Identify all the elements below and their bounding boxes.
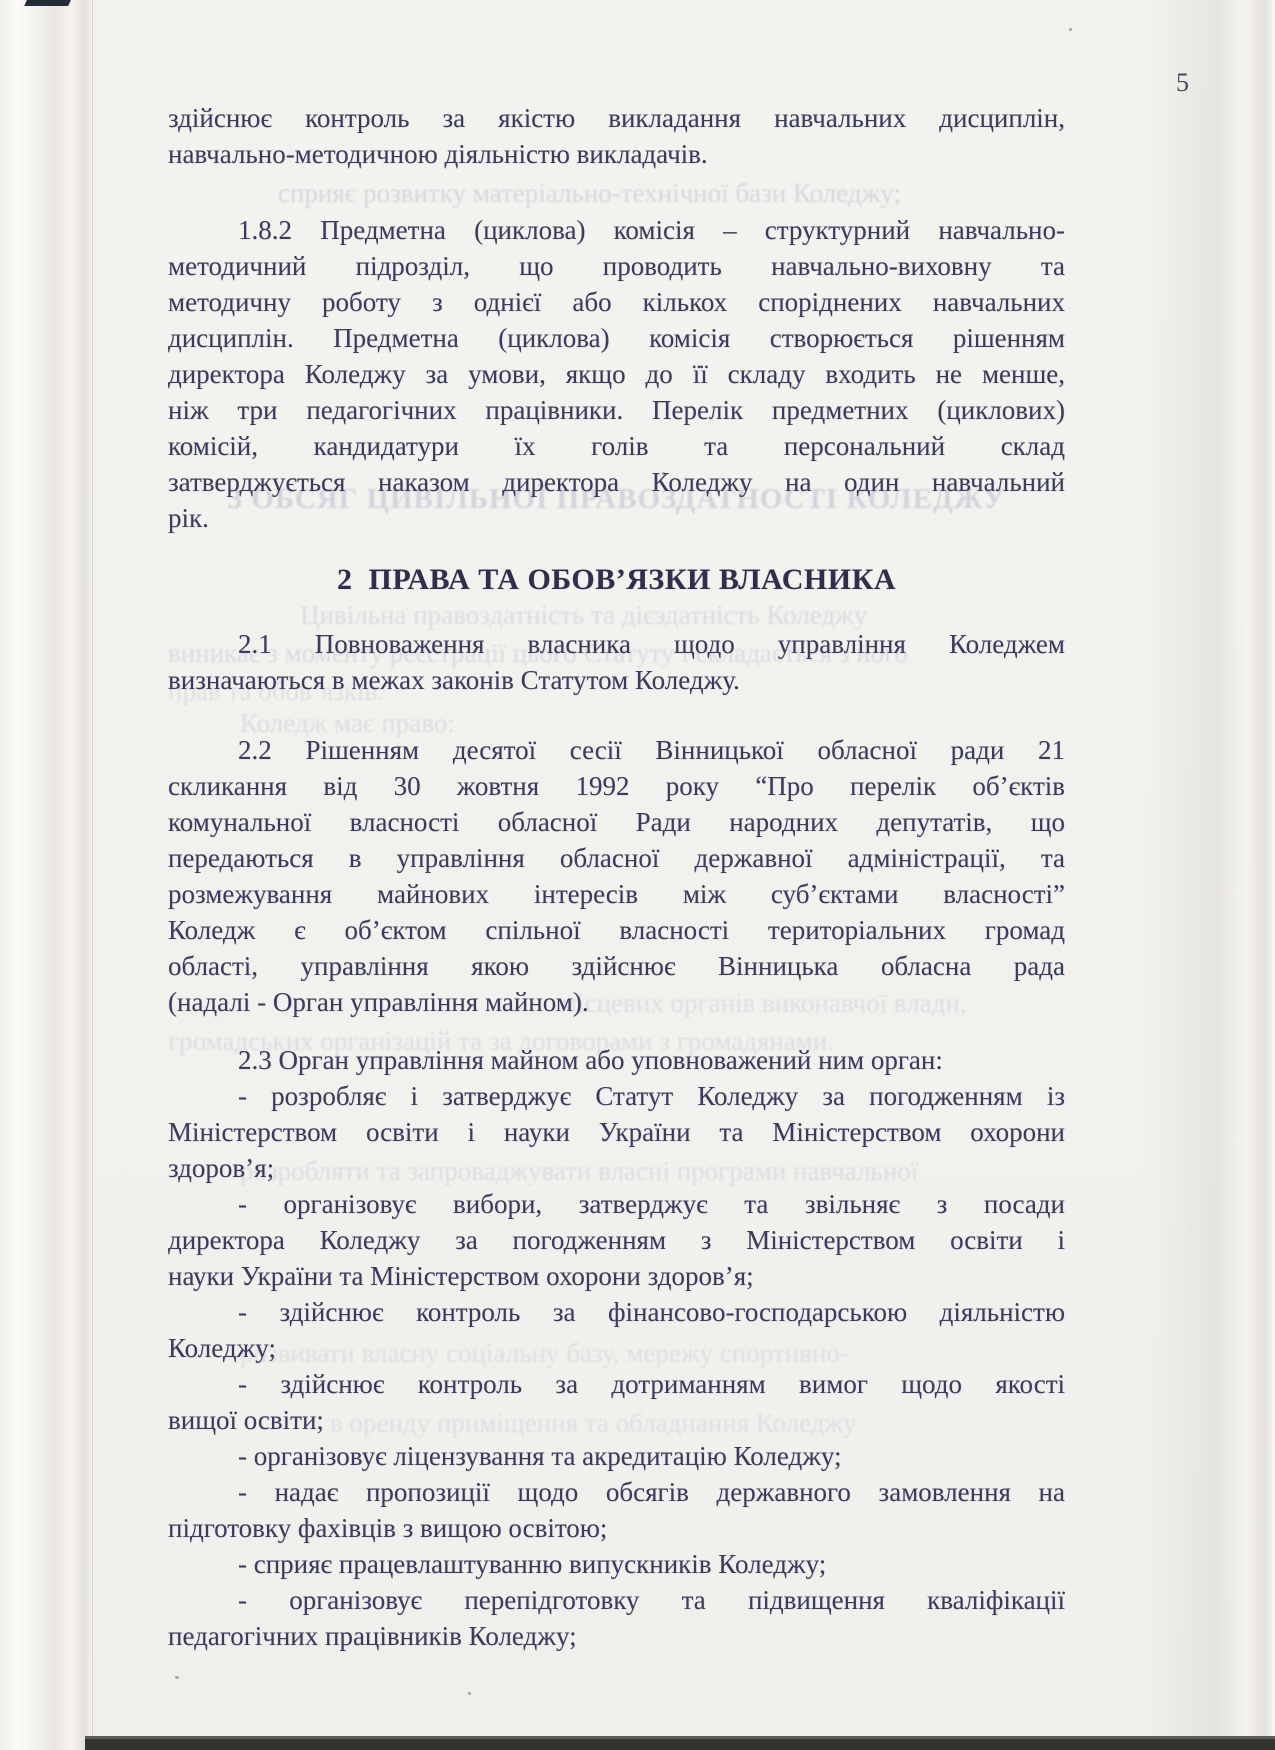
text-line: - здійснює контроль за фінансово-господа… [168,1294,1065,1330]
paper-speck [1069,28,1072,31]
text-line: скликання від 30 жовтня 1992 року “Про п… [168,768,1065,804]
text-line: директора Коледжу за умови, якщо до її с… [168,356,1065,392]
text-line: затверджується наказом директора Коледжу… [168,464,1065,500]
paragraph-2-3: 2.3 Орган управління майном або уповнова… [168,1042,1065,1078]
bullet-item: - розробляє і затверджує Статут Коледжу … [168,1078,1065,1186]
page-number: 5 [1176,68,1189,98]
text-line: здоров’я; [168,1150,1065,1186]
paper-speck [468,1692,471,1695]
bullet-item: - організовує ліцензування та акредитаці… [168,1438,1065,1474]
bullet-item: - надає пропозиції щодо обсягів державно… [168,1474,1065,1546]
scanned-document-page: 5 сприяє розвитку матеріально-технічної … [0,0,1275,1750]
text-line: вищої освіти; [168,1402,1065,1438]
text-line: методичний підрозділ, що проводить навча… [168,248,1065,284]
text-line: комунальної власності обласної Ради наро… [168,804,1065,840]
text-line: педагогічних працівників Коледжу; [168,1618,1065,1654]
bullet-item: - організовує перепідготовку та підвищен… [168,1582,1065,1654]
paragraph-1-8-2: 1.8.2 Предметна (циклова) комісія – стру… [168,212,1065,536]
text-line: Коледжу; [168,1330,1065,1366]
text-line: 2.2 Рішенням десятої сесії Вінницької об… [168,732,1065,768]
text-line: - здійснює контроль за дотриманням вимог… [168,1366,1065,1402]
bullet-item: - сприяє працевлаштуванню випускників Ко… [168,1546,1065,1582]
text-line: визначаються в межах законів Статутом Ко… [168,662,1065,698]
text-line: ніж три педагогічних працівники. Перелік… [168,392,1065,428]
text-line: - організовує перепідготовку та підвищен… [168,1582,1065,1618]
text-line: - сприяє працевлаштуванню випускників Ко… [168,1546,1065,1582]
section-heading: 2 ПРАВА ТА ОБОВ’ЯЗКИ ВЛАСНИКА [168,560,1065,600]
bullet-item: - організовує вибори, затверджує та звіл… [168,1186,1065,1294]
paragraph-2-2: 2.2 Рішенням десятої сесії Вінницької об… [168,732,1065,1020]
text-line: здійснює контроль за якістю викладання н… [168,100,1065,136]
text-line: - організовує ліцензування та акредитаці… [168,1438,1065,1474]
bullet-item: - здійснює контроль за фінансово-господа… [168,1294,1065,1366]
bullet-item: - здійснює контроль за дотриманням вимог… [168,1366,1065,1438]
text-line: - надає пропозиції щодо обсягів державно… [168,1474,1065,1510]
text-line: підготовку фахівців з вищою освітою; [168,1510,1065,1546]
text-line: 2.1 Повноваження власника щодо управлінн… [168,626,1065,662]
text-line: області, управління якою здійснює Вінниц… [168,948,1065,984]
text-line: 1.8.2 Предметна (циклова) комісія – стру… [168,212,1065,248]
text-line: комісій, кандидатури їх голів та персона… [168,428,1065,464]
paragraph-intro: здійснює контроль за якістю викладання н… [168,100,1065,172]
text-line: дисциплін. Предметна (циклова) комісія с… [168,320,1065,356]
scan-corner-artifact [24,0,72,6]
text-line: навчально-методичною діяльністю викладач… [168,136,1065,172]
text-line: Коледж є об’єктом спільної власності тер… [168,912,1065,948]
text-line: науки України та Міністерством охорони з… [168,1258,1065,1294]
paragraph-2-1: 2.1 Повноваження власника щодо управлінн… [168,626,1065,698]
scan-edge-bottom [85,1736,1275,1750]
text-line: розмежування майнових інтересів між суб’… [168,876,1065,912]
text-line: Міністерством освіти і науки України та … [168,1114,1065,1150]
text-line: - розробляє і затверджує Статут Коледжу … [168,1078,1065,1114]
page-fold-left [0,0,93,1750]
text-line: рік. [168,500,1065,536]
text-column: здійснює контроль за якістю викладання н… [168,100,1065,1654]
page-edge-right [1145,0,1275,1750]
text-line: 2.3 Орган управління майном або уповнова… [168,1042,1065,1078]
text-line: (надалі - Орган управління майном). [168,984,1065,1020]
text-line: директора Коледжу за погодженням з Мініс… [168,1222,1065,1258]
text-line: методичну роботу з однієї або кількох сп… [168,284,1065,320]
paper-speck [175,1676,179,1679]
text-line: передаються в управління обласної держав… [168,840,1065,876]
text-line: - організовує вибори, затверджує та звіл… [168,1186,1065,1222]
